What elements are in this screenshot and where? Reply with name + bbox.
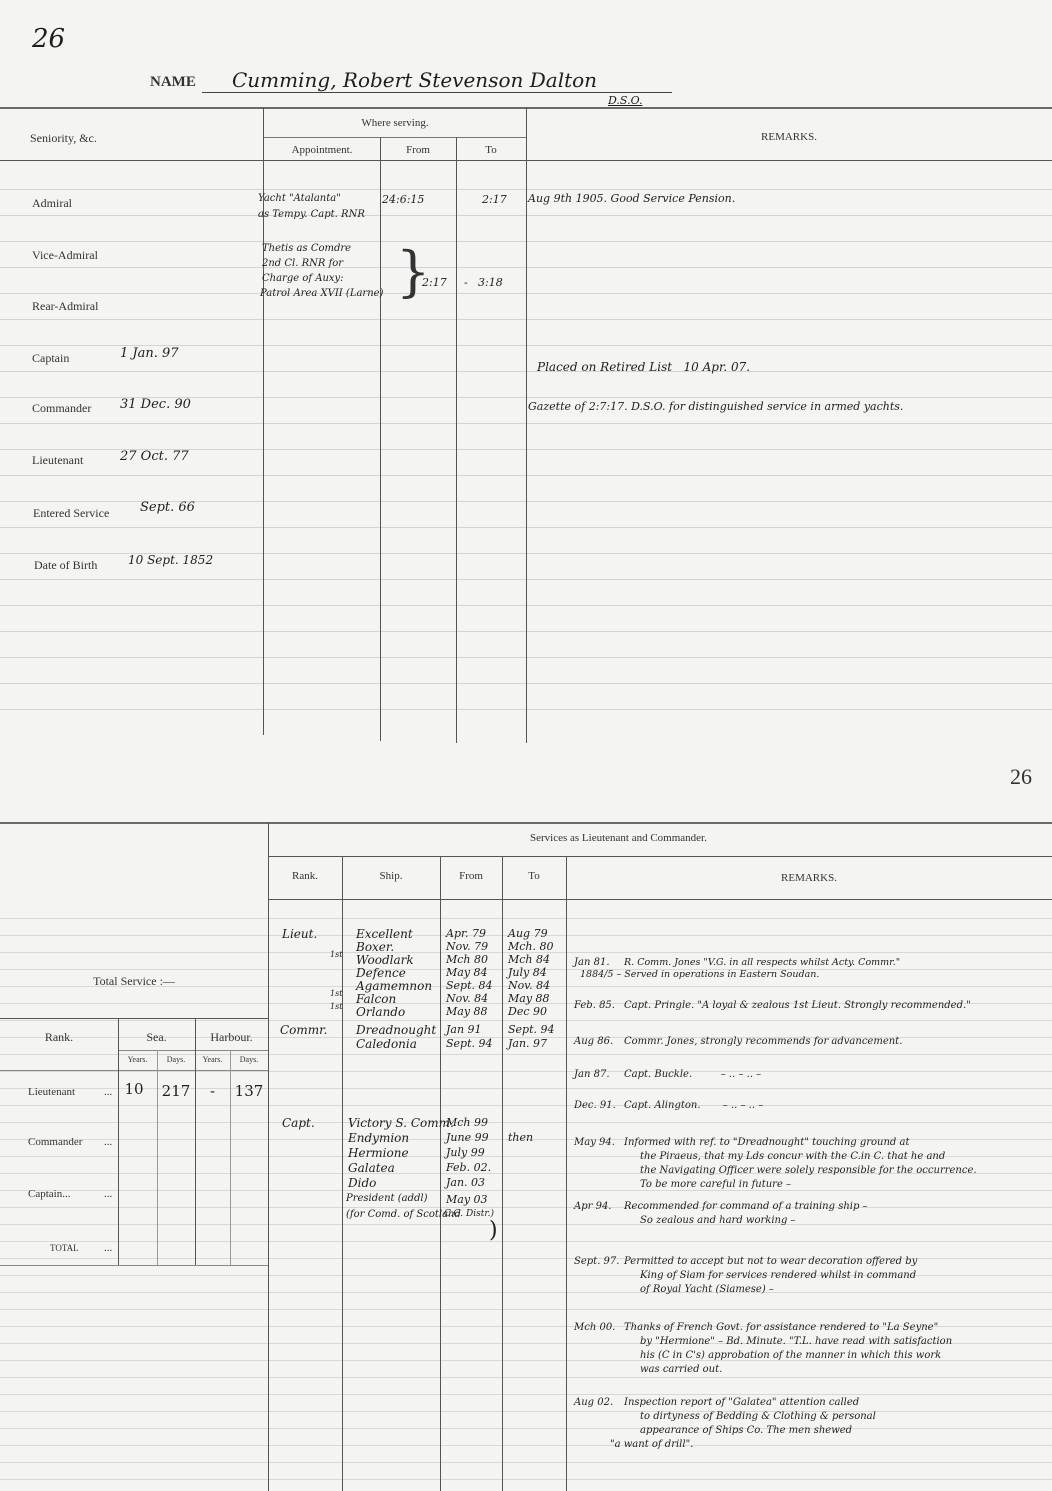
ts-row-lieutenant: Lieutenant [28,1086,75,1098]
services-title: Services as Lieutenant and Commander. [530,832,707,844]
remark-line: by "Hermione" – Bd. Minute. "T.L. have r… [640,1336,952,1347]
dash: - [464,276,468,289]
remark-line: Informed with ref. to "Dreadnought" touc… [624,1137,910,1148]
service-ship: Boxer. [356,940,394,954]
service-ship: Hermione [348,1146,409,1160]
remark-line: Capt. Buckle. – .. – .. – [624,1069,761,1080]
service-from: Sept. 94 [446,1037,493,1050]
services-header-ship: Ship. [342,870,440,882]
service-ship: Defence [356,966,406,980]
remark-line: his (C in C's) approbation of the manner… [640,1350,941,1361]
appointment-line: 2nd Cl. RNR for [262,258,343,269]
service-ship: Caledonia [356,1037,417,1051]
remark-line: Permitted to accept but not to wear deco… [624,1256,917,1267]
printed-page-number: 26 [1010,764,1032,790]
service-rank: Commr. [280,1023,327,1037]
service-from: C.G. Distr.) [444,1209,494,1219]
ts-lieut-sea-days: 217 [157,1082,195,1100]
service-ship: Endymion [348,1131,409,1145]
remark-date: Aug 86. [574,1036,613,1047]
appointment-line: as Tempy. Capt. RNR [258,209,365,220]
ts-leader: ... [104,1136,112,1148]
service-to: then [508,1131,533,1144]
remark-line: Capt. Pringle. "A loyal & zealous 1st Li… [624,1000,971,1011]
name-underline [202,92,672,93]
ts-row-total: Total [50,1243,79,1253]
service-from: Jan 91 [446,1023,482,1036]
service-to: Dec 90 [508,1005,547,1018]
service-from: Apr. 79 [446,927,486,940]
service-from: May 88 [446,1005,488,1018]
rank-date-of-birth: Date of Birth [34,558,97,573]
remark-line: "a want of drill". [610,1439,693,1450]
total-service-title: Total Service :— [0,974,268,989]
remark-dso: Gazette of 2:7:17. D.S.O. for distinguis… [528,400,903,413]
rank-captain: Captain [32,351,69,366]
service-ship: President (addl) [346,1193,427,1204]
header-seniority: Seniority, &c. [30,131,97,146]
remark-date: Dec. 91. [574,1100,616,1111]
remark-line: R. Comm. Jones "V.G. in all respects whi… [624,957,900,968]
ts-row-captain: Captain... [28,1188,70,1200]
remark-line: So zealous and hard working – [640,1215,796,1226]
remark-line: Capt. Alington. – .. – .. – [624,1100,763,1111]
service-from: Mch 99 [446,1116,488,1129]
service-to: July 84 [508,966,547,979]
service-to: Jan. 97 [508,1037,547,1050]
services-header-from: From [440,870,502,882]
appointment-line: Patrol Area XVII (Larne) [260,288,383,299]
commander-date: 31 Dec. 90 [120,397,191,412]
service-ship: Dreadnought [356,1023,436,1037]
lieutenant-date: 27 Oct. 77 [120,449,189,464]
ts-lieut-harbour-years: - [195,1082,230,1100]
remark-retired: Placed on Retired List 10 Apr. 07. [537,360,750,374]
service-from: Nov. 79 [446,940,488,953]
service-to: May 88 [508,992,550,1005]
ts-header-sea-years: Years. [118,1055,157,1064]
ts-header-harbour: Harbour. [195,1030,268,1045]
service-ship: Orlando [356,1005,405,1019]
entered-service-date: Sept. 66 [140,500,195,515]
service-from: July 99 [446,1146,485,1159]
service-ship: Agamemnon [356,979,432,993]
appointment-from: 24:6:15 [382,193,424,206]
service-rank: Capt. [282,1116,315,1130]
remark-line: King of Siam for services rendered whils… [640,1270,916,1281]
appointment-line: Thetis as Comdre [262,243,351,254]
service-from: Jan. 03 [446,1176,485,1189]
brace: } [396,240,430,303]
appointment-line: Yacht "Atalanta" [258,193,341,204]
ts-header-harbour-days: Days. [230,1055,268,1064]
decoration: D.S.O. [608,94,642,107]
service-from: May 84 [446,966,488,979]
service-rank: Lieut. [282,927,317,941]
appointment-to: 2:17 [482,193,507,206]
service-ship: Falcon [356,992,396,1006]
remark-date: Jan 87. [574,1069,610,1080]
remark-line: To be more careful in future – [640,1179,791,1190]
ts-header-harbour-years: Years. [195,1055,230,1064]
remark-line: 1884/5 – Served in operations in Eastern… [580,969,819,980]
ts-lieut-harbour-days: 137 [230,1082,268,1100]
ts-leader: ... [104,1086,112,1098]
remark-date: Aug 02. [574,1397,613,1408]
appointment-from: 2:17 [422,276,447,289]
service-to: Sept. 94 [508,1023,555,1036]
services-header-remarks: REMARKS. [566,872,1052,884]
captain-date: 1 Jan. 97 [120,346,179,361]
service-to: Aug 79 [508,927,548,940]
service-ship: Dido [348,1176,376,1190]
remark-line: the Navigating Officer were solely respo… [640,1165,977,1176]
remark-line: was carried out. [640,1364,722,1375]
remark-line: to dirtyness of Bedding & Clothing & per… [640,1411,876,1422]
name-label: NAME [150,74,196,91]
header-to: To [456,144,526,156]
appointment-line: Charge of Auxy: [262,273,344,284]
remark-date: Apr 94. [574,1201,612,1212]
date-of-birth: 10 Sept. 1852 [128,553,213,567]
remark-line: Inspection report of "Galatea" attention… [624,1397,859,1408]
header-appointment: Appointment. [264,144,380,156]
remark-line: appearance of Ships Co. The men shewed [640,1425,852,1436]
ts-lieut-sea-years: 10 [118,1080,150,1098]
services-header-rank: Rank. [268,870,342,882]
service-to: Mch 84 [508,953,550,966]
service-prefix: 1st [330,1002,342,1011]
ts-leader: ... [104,1188,112,1200]
ts-header-sea-days: Days. [157,1055,195,1064]
service-prefix: 1st [330,989,342,998]
rank-admiral: Admiral [32,196,72,211]
service-from: June 99 [446,1131,489,1144]
service-ship: Galatea [348,1161,395,1175]
rank-entered-service: Entered Service [33,506,109,521]
service-from: Sept. 84 [446,979,493,992]
officer-name: Cumming, Robert Stevenson Dalton [232,68,597,92]
ts-row-commander: Commander [28,1136,82,1148]
remark-date: Mch 00. [574,1322,615,1333]
service-from: Feb. 02. [446,1161,491,1174]
services-header-to: To [502,870,566,882]
service-ship: Victory S. Comm. [348,1116,454,1130]
remark-line: Thanks of French Govt. for assistance re… [624,1322,938,1333]
handwritten-page-number: 26 [32,24,65,54]
remark-date: Jan 81. [574,957,610,968]
service-from: May 03 [446,1193,488,1206]
remark-date: Sept. 97. [574,1256,619,1267]
remark-line: of Royal Yacht (Siamese) – [640,1284,774,1295]
service-to: Nov. 84 [508,979,550,992]
service-ship: Excellent [356,927,413,941]
bracket: ) [489,1218,498,1243]
service-from: Mch 80 [446,953,488,966]
remark-line: Recommended for command of a training sh… [624,1201,868,1212]
rank-lieutenant: Lieutenant [32,453,83,468]
ts-header-rank: Rank. [0,1030,118,1045]
rank-rear-admiral: Rear-Admiral [32,299,98,314]
header-remarks: REMARKS. [526,131,1052,143]
service-prefix: 1st [330,950,342,959]
remark-pension: Aug 9th 1905. Good Service Pension. [528,192,735,205]
remark-date: May 94. [574,1137,615,1148]
appointment-to: 3:18 [478,276,503,289]
remark-line: the Piraeus, that my Lds concur with the… [640,1151,945,1162]
remark-line: Commr. Jones, strongly recommends for ad… [624,1036,902,1047]
service-to: Mch. 80 [508,940,554,953]
rank-commander: Commander [32,401,91,416]
header-where-serving: Where serving. [264,117,526,129]
ts-leader: ... [104,1242,112,1254]
rank-vice-admiral: Vice-Admiral [32,248,98,263]
header-from: From [380,144,456,156]
service-from: Nov. 84 [446,992,488,1005]
service-ship: Woodlark [356,953,414,967]
remark-date: Feb. 85. [574,1000,615,1011]
ts-header-sea: Sea. [118,1030,195,1045]
